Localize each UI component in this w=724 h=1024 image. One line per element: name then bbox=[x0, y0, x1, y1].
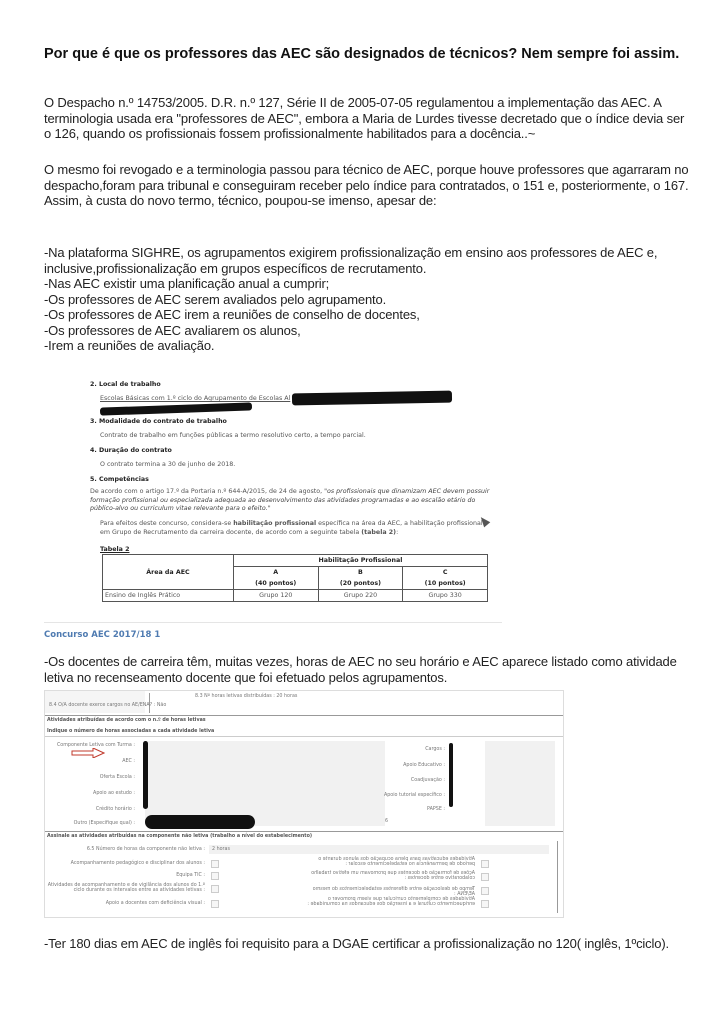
revocation-text: O mesmo foi revogado e a terminologia pa… bbox=[44, 162, 694, 193]
column-header: C bbox=[403, 567, 488, 579]
field-label: Crédito horário : bbox=[45, 807, 135, 812]
checkbox[interactable] bbox=[211, 860, 219, 868]
hours-field bbox=[209, 845, 549, 854]
lective-hours-readout: 8.3 Nº horas letivas distribuídas : 20 h… bbox=[195, 694, 297, 699]
column-header: A bbox=[233, 567, 318, 579]
section-heading: Assinale as atividades atribuídas na com… bbox=[47, 834, 312, 839]
contract-document-image: 2. Local de trabalho Escolas Básicas com… bbox=[44, 378, 502, 640]
section-title: 5. Competências bbox=[90, 476, 149, 483]
section-text: O contrato termina a 30 de junho de 2018… bbox=[100, 461, 235, 468]
section-heading: Atividades atribuídas de acordo com o n.… bbox=[47, 718, 206, 723]
field-label: Outro (Especifique qual) : bbox=[45, 821, 135, 826]
divider bbox=[557, 841, 558, 913]
hours-value: 2 horas bbox=[212, 847, 230, 852]
census-form-image: 8.3 Nº horas letivas distribuídas : 20 h… bbox=[44, 690, 564, 918]
divider bbox=[45, 831, 563, 832]
image-caption: Concurso AEC 2017/18 1 bbox=[44, 630, 160, 640]
career-teachers-paragraph: -Os docentes de carreira têm, muitas vez… bbox=[44, 654, 694, 685]
section-title: 4. Duração do contrato bbox=[90, 447, 172, 454]
checkbox[interactable] bbox=[481, 900, 489, 908]
list-item: -Os professores de AEC serem avaliados p… bbox=[44, 292, 694, 308]
field-label: Oferta Escola : bbox=[45, 775, 135, 780]
revocation-paragraph: O mesmo foi revogado e a terminologia pa… bbox=[44, 162, 694, 209]
other-value: 6 bbox=[385, 819, 388, 824]
checkbox[interactable] bbox=[481, 860, 489, 868]
list-item: -Irem a reuniões de avaliação. bbox=[44, 338, 694, 354]
checkbox-label: Equipa TIC : bbox=[45, 873, 205, 878]
checkbox-label: Tempo de deslocação entre diferentes est… bbox=[295, 887, 475, 897]
section-title: 3. Modalidade do contrato de trabalho bbox=[90, 418, 227, 425]
checkbox-label: Acompanhamento pedagógico e disciplinar … bbox=[45, 861, 205, 866]
savings-text: Assim, à custa do novo termo, técnico, p… bbox=[44, 193, 694, 209]
table-title: Tabela 2 bbox=[100, 546, 130, 553]
field-label: Apoio tutorial específico : bbox=[355, 793, 445, 798]
right-fields bbox=[385, 741, 485, 826]
divider bbox=[45, 715, 563, 716]
table-cell: Grupo 220 bbox=[318, 590, 403, 602]
section-text: Escolas Básicas com 1.º ciclo do Agrupam… bbox=[100, 395, 290, 402]
list-item: -Os professores de AEC avaliarem os alun… bbox=[44, 323, 694, 339]
section-text: Contrato de trabalho em funções públicas… bbox=[100, 432, 366, 439]
checkbox-label: Atividades de complemento curricular que… bbox=[295, 897, 475, 907]
list-item: -Na plataforma SIGHRE, os agrupamentos e… bbox=[44, 245, 694, 276]
divider bbox=[45, 736, 563, 737]
competences-text: De acordo com o artigo 17.º da Portaria … bbox=[90, 488, 492, 514]
lective-fields bbox=[145, 741, 555, 826]
field-label: AEC : bbox=[45, 759, 135, 764]
redaction-mark bbox=[143, 741, 148, 809]
field-label: Coadjuvação : bbox=[375, 778, 445, 783]
redaction-mark bbox=[449, 743, 453, 807]
checkbox[interactable] bbox=[211, 872, 219, 880]
table-cell: Ensino de Inglês Prático bbox=[103, 590, 234, 602]
table-cell: Grupo 120 bbox=[233, 590, 318, 602]
column-points: (40 pontos) bbox=[233, 578, 318, 590]
list-item: -Nas AEC existir uma planificação anual … bbox=[44, 276, 694, 292]
red-arrow-icon bbox=[71, 748, 105, 758]
form-panel bbox=[45, 691, 145, 713]
redaction-mark bbox=[292, 391, 452, 406]
column-points: (10 pontos) bbox=[403, 578, 488, 590]
checkbox-label: Atividades de acompanhamento e de vigilâ… bbox=[45, 883, 205, 893]
table-cell: Grupo 330 bbox=[403, 590, 488, 602]
field-label: PAPSE : bbox=[375, 807, 445, 812]
checkbox-label: Apoio a docentes com deficiência visual … bbox=[45, 901, 205, 906]
column-header: B bbox=[318, 567, 403, 579]
cargo-readout: 8.4 O/A docente exerce cargos no AE/ENA?… bbox=[49, 703, 166, 708]
checkbox[interactable] bbox=[481, 873, 489, 881]
column-points: (20 pontos) bbox=[318, 578, 403, 590]
group-header: Habilitação Profissional bbox=[233, 555, 487, 567]
field-label: Cargos : bbox=[375, 747, 445, 752]
table-row: Ensino de Inglês Prático Grupo 120 Grupo… bbox=[103, 590, 488, 602]
section-subheading: Indique o número de horas associadas a c… bbox=[47, 729, 214, 734]
certification-paragraph: -Ter 180 dias em AEC de inglês foi requi… bbox=[44, 936, 694, 952]
requirements-list: -Na plataforma SIGHRE, os agrupamentos e… bbox=[44, 245, 694, 354]
intro-paragraph: O Despacho n.º 14753/2005. D.R. n.º 127,… bbox=[44, 95, 694, 142]
field-label: 6.5 Número de horas da componente não le… bbox=[45, 847, 205, 852]
divider bbox=[44, 622, 502, 623]
checkbox[interactable] bbox=[211, 900, 219, 908]
checkbox[interactable] bbox=[481, 887, 489, 895]
page-title: Por que é que os professores das AEC são… bbox=[44, 44, 684, 64]
checkbox[interactable] bbox=[211, 885, 219, 893]
section-title: 2. Local de trabalho bbox=[90, 381, 161, 388]
qualification-table: Área da AEC Habilitação Profissional A B… bbox=[102, 554, 488, 602]
qualification-text: Para efeitos deste concurso, considera-s… bbox=[100, 520, 490, 537]
checkbox-label: Ações de formação de docentes que promov… bbox=[305, 871, 475, 881]
list-item: -Os professores de AEC irem a reuniões d… bbox=[44, 307, 694, 323]
checkbox-label: Atividades educativas para plena ocupaçã… bbox=[305, 857, 475, 867]
field-label: Apoio Educativo : bbox=[375, 763, 445, 768]
redaction-mark bbox=[145, 815, 255, 829]
area-header: Área da AEC bbox=[103, 555, 234, 590]
field-label: Apoio ao estudo : bbox=[45, 791, 135, 796]
redaction-mark bbox=[100, 402, 252, 415]
